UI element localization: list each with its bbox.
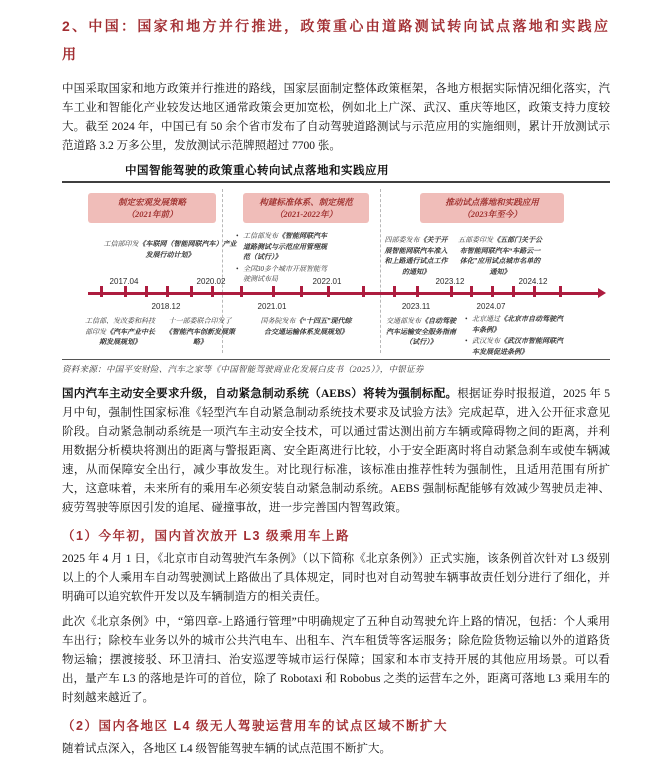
event-text: 五部委印发 — [458, 236, 493, 244]
event-bullet: 工信部发布《智能网联汽车道路测试与示范应用管理规范（试行）》 — [236, 231, 330, 263]
event-below-5: 北京通过《北京市自动驾驶汽车条例》 武汉发布《武汉市智能网联汽车发展促进条例》 — [465, 314, 569, 358]
timeline-canvas: 制定宏观发展策略 （2021年前） 构建标准体系、制定规范 （2021-2022… — [62, 183, 610, 359]
timeline-tick — [393, 286, 396, 297]
section-1-heading: （1）今年初，国内首次放开 L3 级乘用车上路 — [62, 526, 610, 544]
timeline-tick — [145, 286, 148, 297]
page-title: 2、中国：国家和地方并行推进，政策重心由道路测试转向试点落地和实践应用 — [62, 12, 610, 68]
figure-policy-timeline: 中国智能驾驶的政策重心转向试点落地和实践应用 制定宏观发展策略 （2021年前）… — [62, 162, 610, 375]
timeline-date: 2018.12 — [152, 302, 181, 311]
timeline-tick — [416, 286, 419, 297]
timeline-axis — [88, 292, 600, 295]
event-text: 工信部印发 — [104, 240, 139, 248]
event-below-4: 交通部发布《自动驾驶汽车运输安全服务指南（试行）》 — [384, 316, 458, 348]
section-1-paragraph-1: 2025 年 4 月 1 日，《北京市自动驾驶汽车条例》（以下简称《北京条例》）… — [62, 550, 610, 607]
figure-source: 资料来源：中国平安财险、汽车之家等《中国智能驾驶商业化发展白皮书（2025）》，… — [62, 363, 610, 375]
phase-1-years: （2021年前） — [88, 208, 216, 220]
phase-3-name: 推动试点落地和实践应用 — [420, 196, 564, 208]
event-above-1: 工信部印发《车联网（智能网联汽车）产业发展行动计划》 — [102, 239, 238, 260]
paragraph-aebs: 国内汽车主动安全要求升级，自动紧急制动系统（AEBS）将转为强制标配。根据证券时… — [62, 385, 610, 518]
timeline-date: 2021.01 — [258, 302, 287, 311]
timeline-tick — [190, 286, 193, 297]
doc-title-text: 《智能汽车创新发展策略》 — [165, 328, 235, 347]
event-text: 北京通过 — [472, 315, 500, 323]
timeline-date: 2020.02 — [197, 277, 226, 286]
paragraph-policy-overview: 中国采取国家和地方政策并行推进的路线，国家层面制定整体政策框架，各地方根据实际情… — [62, 80, 610, 156]
doc-title-text: 《车联网（智能网联汽车）产业发展行动计划》 — [139, 240, 237, 259]
timeline-tick — [240, 286, 243, 297]
timeline-date: 2017.04 — [110, 277, 139, 286]
phase-box-1: 制定宏观发展策略 （2021年前） — [88, 193, 216, 223]
phase-box-3: 推动试点落地和实践应用 （2023年至今） — [420, 193, 564, 223]
figure-bottom-rule — [62, 359, 610, 360]
timeline-tick — [327, 286, 330, 297]
timeline-tick — [470, 286, 473, 297]
timeline-tick — [512, 286, 515, 297]
figure-title: 中国智能驾驶的政策重心转向试点落地和实践应用 — [125, 162, 610, 178]
timeline-tick — [491, 286, 494, 297]
timeline-tick — [300, 286, 303, 297]
event-text: 四部委发布 — [385, 236, 420, 244]
timeline-tick — [559, 286, 562, 297]
section-2-paragraph-1: 随着试点深入，各地区 L4 级智能驾驶车辆的试点范围不断扩大。 — [62, 740, 610, 759]
timeline-tick — [272, 286, 275, 297]
phase-2-name: 构建标准体系、制定规范 — [243, 196, 369, 208]
report-page: 2、中国：国家和地方并行推进，政策重心由道路测试转向试点落地和实践应用 中国采取… — [0, 0, 671, 759]
timeline-arrow-icon — [598, 288, 606, 298]
timeline-date: 2023.11 — [402, 302, 430, 311]
phase-1-name: 制定宏观发展策略 — [88, 196, 216, 208]
timeline-tick — [100, 286, 103, 297]
event-bullet: 北京通过《北京市自动驾驶汽车条例》 — [465, 314, 569, 335]
doc-title-text: 《汽车产业中长期发展规划》 — [99, 328, 155, 347]
document-body: { "title": "2、中国：国家和地方并行推进，政策重心由道路测试转向试点… — [0, 0, 671, 759]
section-1-paragraph-2: 此次《北京条例》中，“第四章-上路通行管理”中明确规定了五种自动驾驶允许上路的情… — [62, 613, 610, 708]
timeline-tick — [533, 286, 536, 297]
paragraph-lead: 国内汽车主动安全要求升级，自动紧急制动系统（AEBS）将转为强制标配。 — [62, 388, 457, 400]
event-text: 交通部发布 — [386, 317, 421, 325]
timeline-date: 2024.12 — [519, 277, 548, 286]
paragraph-rest: 根据证券时报报道，2025 年 5 月中旬，强制性国家标准《轻型汽车自动紧急制动… — [62, 388, 610, 514]
timeline-tick — [124, 286, 127, 297]
timeline-date: 2022.01 — [313, 277, 342, 286]
timeline-date: 2023.12 — [436, 277, 465, 286]
timeline-tick — [362, 286, 365, 297]
phase-divider-2 — [380, 189, 381, 353]
phase-2-years: （2021-2022年） — [243, 208, 369, 220]
event-above-4: 五部委印发《五部门关于公布智能网联汽车“车路云一体化”应用试点城市名单的通知》 — [458, 235, 542, 277]
event-text: 武汉发布 — [472, 337, 500, 345]
phase-box-2: 构建标准体系、制定规范 （2021-2022年） — [243, 193, 369, 223]
timeline-tick — [211, 286, 214, 297]
event-below-1: 工信部、发改委和科技部印发《汽车产业中长期发展规划》 — [82, 316, 158, 348]
event-text: 工信部发布 — [243, 232, 278, 240]
event-text: 国务院发布 — [261, 317, 296, 325]
timeline-date: 2024.07 — [477, 302, 506, 311]
event-below-2: 十一部委联合印发了《智能汽车创新发展策略》 — [164, 316, 236, 348]
event-above-3: 四部委发布《关于开展智能网联汽车准入和上路通行试点工作的通知》 — [382, 235, 450, 277]
timeline-tick — [450, 286, 453, 297]
event-bullet: 武汉发布《武汉市智能网联汽车发展促进条例》 — [465, 336, 569, 357]
section-2-heading: （2）国内各地区 L4 级无人驾驶运营用车的试点区域不断扩大 — [62, 716, 610, 734]
timeline-tick — [166, 286, 169, 297]
phase-3-years: （2023年至今） — [420, 208, 564, 220]
event-text: 十一部委联合印发了 — [169, 317, 232, 325]
event-below-3: 国务院发布《“十四五”现代综合交通运输体系发展规划》 — [258, 316, 354, 337]
